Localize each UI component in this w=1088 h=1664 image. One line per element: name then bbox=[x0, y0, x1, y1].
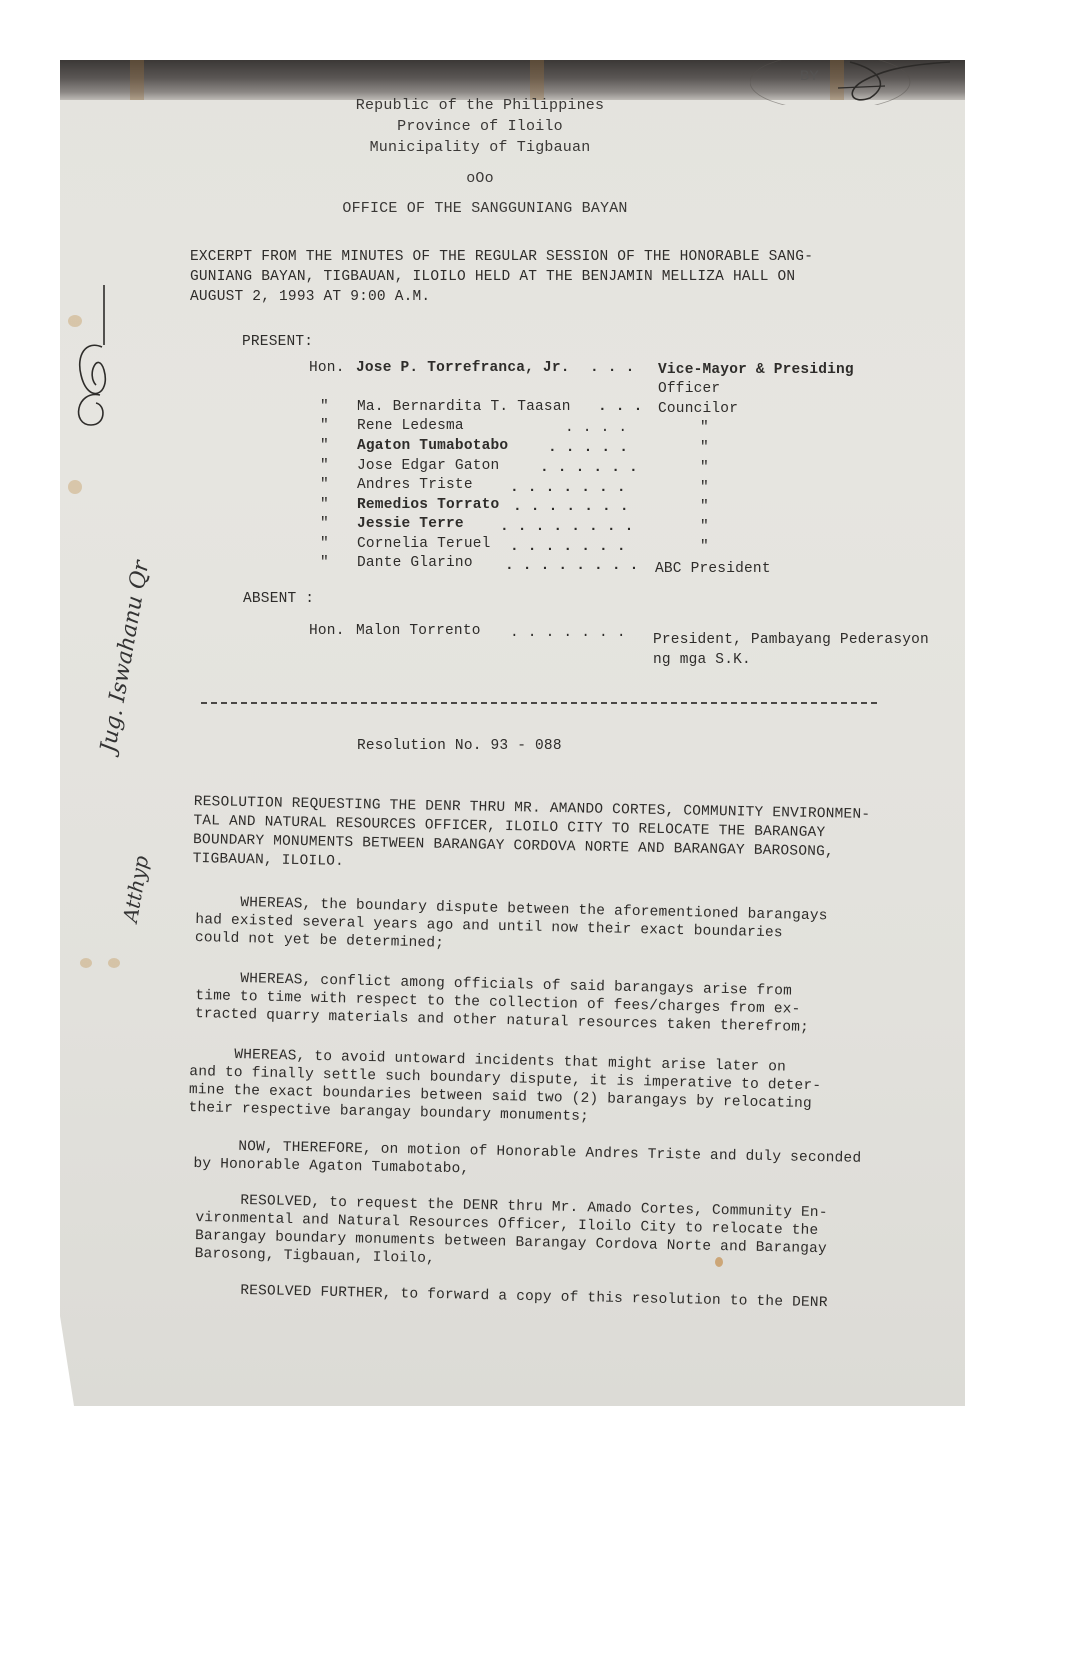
attendee-role: " bbox=[700, 497, 709, 517]
excerpt-line-2: GUNIANG BAYAN, TIGBAUAN, ILOILO HELD AT … bbox=[190, 267, 795, 287]
attendee-role: " bbox=[700, 537, 709, 557]
stain bbox=[715, 1257, 723, 1267]
attendee-role: " bbox=[700, 438, 709, 458]
attendee-dots: . . . . . . . bbox=[510, 537, 626, 557]
stain bbox=[80, 958, 92, 968]
attendee-dots: . . . . bbox=[565, 418, 627, 438]
attendee-name: Dante Glarino bbox=[357, 553, 473, 573]
attendee-prefix: " bbox=[320, 553, 329, 573]
header-republic: Republic of the Philippines bbox=[0, 96, 960, 116]
attendee-dots: . . . . . . . bbox=[513, 497, 629, 517]
attendee-prefix: " bbox=[320, 534, 329, 554]
header-office: OFFICE OF THE SANGGUNIANG BAYAN bbox=[5, 199, 965, 219]
attendee-role: " bbox=[700, 517, 709, 537]
attendee-name: Jose P. Torrefranca, Jr. bbox=[356, 358, 570, 378]
stain bbox=[68, 480, 82, 494]
attendee-role: " bbox=[700, 478, 709, 498]
attendee-name: Remedios Torrato bbox=[357, 495, 499, 515]
attendee-dots: . . . . . . . . bbox=[500, 517, 634, 537]
excerpt-line-3: AUGUST 2, 1993 AT 9:00 A.M. bbox=[190, 287, 430, 307]
attendee-dots: . . . . . bbox=[548, 438, 628, 458]
section-divider bbox=[201, 702, 877, 704]
attendee-prefix: " bbox=[320, 397, 329, 417]
attendee-role: Councilor bbox=[658, 399, 738, 419]
torn-corner bbox=[60, 1316, 74, 1406]
svg-text:BY: BY bbox=[800, 67, 819, 83]
attendee-name: Andres Triste bbox=[357, 475, 473, 495]
attendee-prefix: " bbox=[320, 436, 329, 456]
header-province: Province of Iloilo bbox=[0, 117, 960, 137]
attendee-prefix: " bbox=[320, 475, 329, 495]
stain bbox=[130, 60, 144, 100]
attendee-dots: . . . bbox=[598, 397, 643, 417]
attendee-name: Agaton Tumabotabo bbox=[357, 436, 508, 456]
handwritten-signature-icon bbox=[66, 285, 116, 435]
resolution-title-line: TIGBAUAN, ILOILO. bbox=[193, 849, 345, 872]
attendee-name: Jose Edgar Gaton bbox=[357, 456, 499, 476]
margin-signature-1 bbox=[66, 285, 116, 435]
attendee-role: Vice-Mayor & Presiding bbox=[658, 360, 854, 380]
attendee-role: ABC President bbox=[655, 559, 771, 579]
attendee-prefix: Hon. bbox=[309, 358, 345, 378]
attendee-dots: . . . bbox=[590, 358, 635, 378]
attendee-prefix: " bbox=[320, 495, 329, 515]
attendee-role: " bbox=[700, 458, 709, 478]
excerpt-line-1: EXCERPT FROM THE MINUTES OF THE REGULAR … bbox=[190, 247, 813, 267]
attendee-prefix: " bbox=[320, 514, 329, 534]
attendee-name: Ma. Bernardita T. Taasan bbox=[357, 397, 571, 417]
attendee-dots: . . . . . . . bbox=[510, 478, 626, 498]
absent-dots: . . . . . . . bbox=[510, 623, 626, 643]
absent-role: President, Pambayang Pederasyon bbox=[653, 630, 929, 650]
attendee-name: Rene Ledesma bbox=[357, 416, 464, 436]
attendee-dots: . . . . . . bbox=[540, 458, 638, 478]
resolution-number: Resolution No. 93 - 088 bbox=[357, 736, 562, 756]
attendee-prefix: " bbox=[320, 416, 329, 436]
attendee-name: Cornelia Teruel bbox=[357, 534, 491, 554]
absent-label: ABSENT : bbox=[243, 589, 314, 609]
attendee-name: Jessie Terre bbox=[357, 514, 464, 534]
header-ornament: oOo bbox=[0, 169, 960, 189]
stain bbox=[530, 60, 544, 100]
attendee-role-cont: Officer bbox=[658, 379, 720, 399]
attendee-dots: . . . . . . . . bbox=[505, 556, 639, 576]
present-label: PRESENT: bbox=[242, 332, 313, 352]
attendee-prefix: " bbox=[320, 456, 329, 476]
absent-prefix: Hon. bbox=[309, 621, 345, 641]
header-municipality: Municipality of Tigbauan bbox=[0, 138, 960, 158]
absent-role-cont: ng mga S.K. bbox=[653, 650, 751, 670]
absent-name: Malon Torrento bbox=[356, 621, 481, 641]
attendee-role: " bbox=[700, 418, 709, 438]
stain bbox=[108, 958, 120, 968]
